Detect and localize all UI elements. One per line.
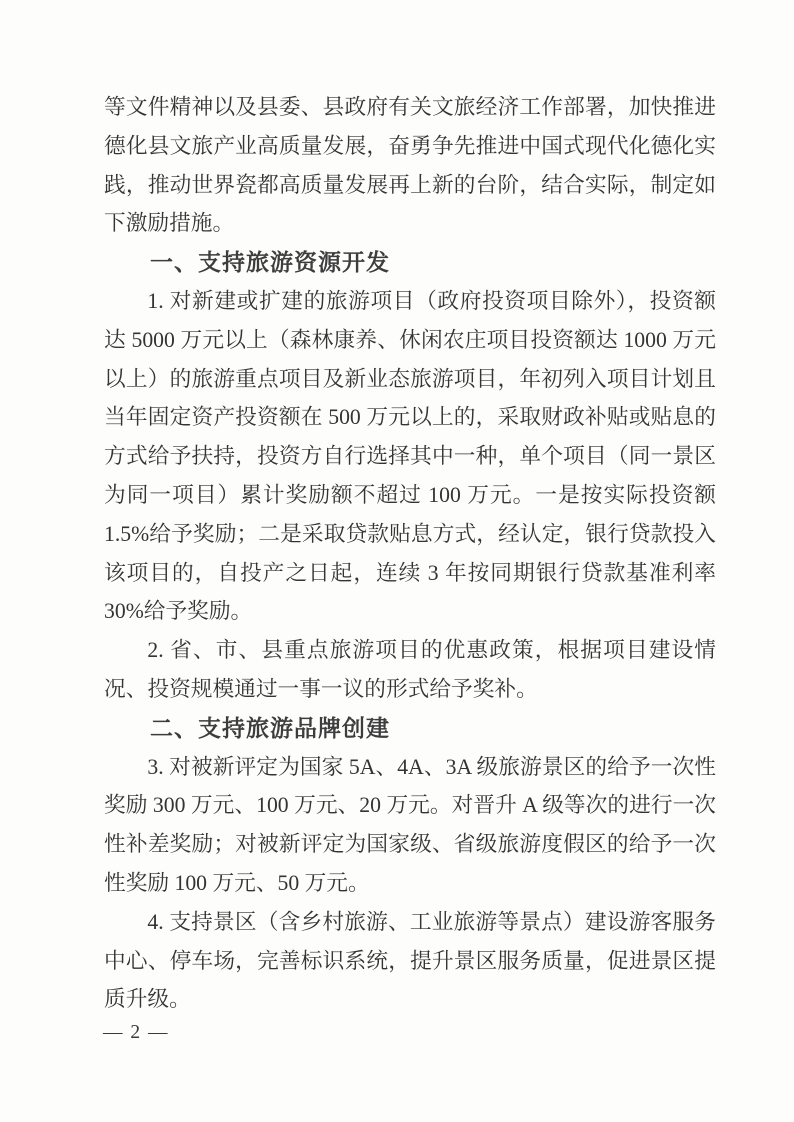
document-page: 等文件精神以及县委、县政府有关文旅经济工作部署，加快推进德化县文旅产业高质量发展… [0, 0, 794, 1122]
section-heading-1: 一、支持旅游资源开发 [104, 243, 716, 282]
page-number: — 2 — [103, 1022, 169, 1044]
document-body: 等文件精神以及县委、县政府有关文旅经济工作部署，加快推进德化县文旅产业高质量发展… [104, 88, 716, 1019]
paragraph-item-1: 1. 对新建或扩建的旅游项目（政府投资项目除外），投资额达 5000 万元以上（… [104, 282, 716, 631]
paragraph-item-2: 2. 省、市、县重点旅游项目的优惠政策，根据项目建设情况、投资规模通过一事一议的… [104, 631, 716, 709]
paragraph-item-4: 4. 支持景区（含乡村旅游、工业旅游等景点）建设游客服务中心、停车场，完善标识系… [104, 903, 716, 1019]
paragraph-item-3: 3. 对被新评定为国家 5A、4A、3A 级旅游景区的给予一次性奖励 300 万… [104, 748, 716, 903]
paragraph-continuation: 等文件精神以及县委、县政府有关文旅经济工作部署，加快推进德化县文旅产业高质量发展… [104, 88, 716, 243]
section-heading-2: 二、支持旅游品牌创建 [104, 709, 716, 748]
